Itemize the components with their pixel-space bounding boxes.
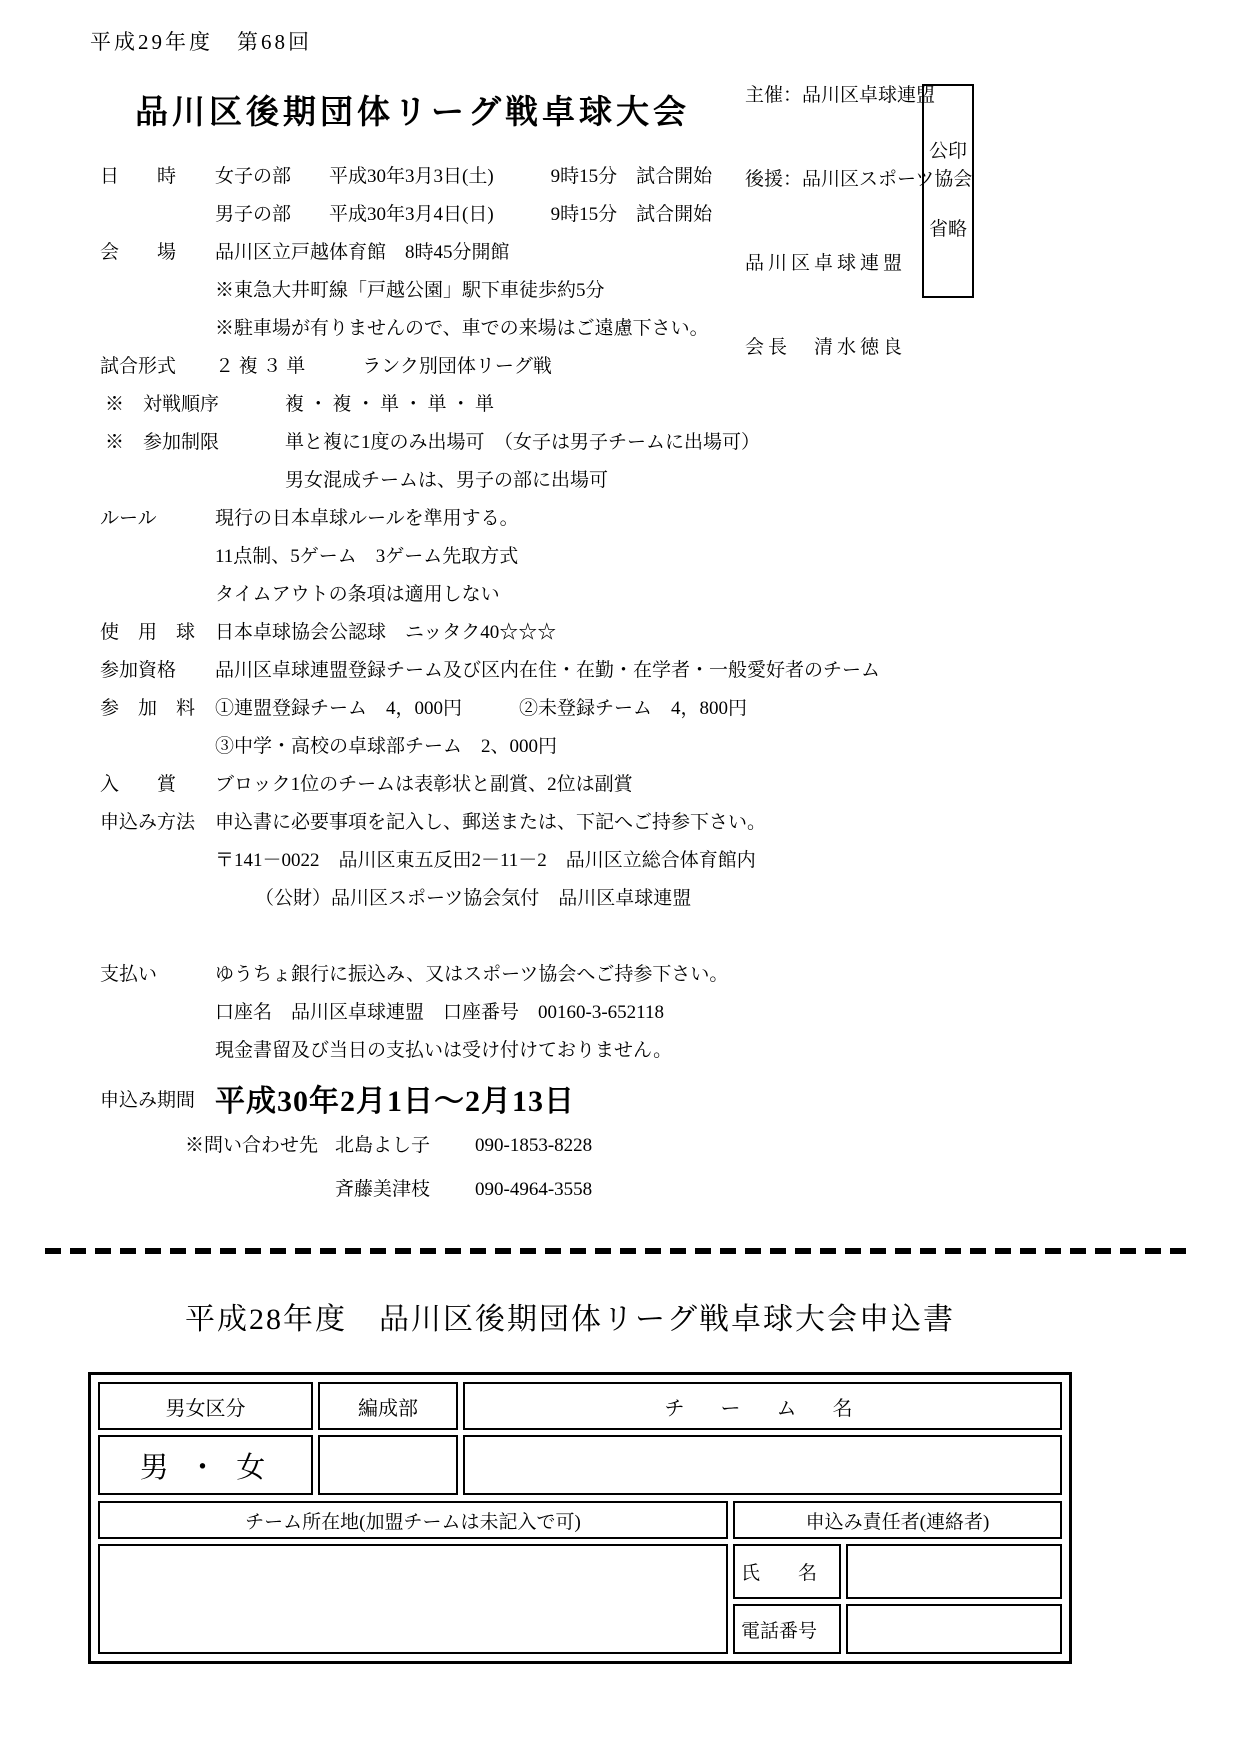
doc-line-value: ２ 複 ３ 単 ランク別団体リーグ戦 bbox=[215, 348, 552, 386]
doc-line-value: 現行の日本卓球ルールを準用する。 bbox=[215, 500, 519, 538]
doc-line: （公財）品川区スポーツ協会気付 品川区卓球連盟 bbox=[100, 880, 1210, 918]
doc-line: ※ 対戦順序複 ・ 複 ・ 単 ・ 単 ・ 単 bbox=[100, 386, 1210, 424]
applicant-phone-label: 電話番号 bbox=[733, 1604, 841, 1654]
doc-line-value: （公財）品川区スポーツ協会気付 品川区卓球連盟 bbox=[255, 880, 691, 918]
team-address-header: チーム所在地(加盟チームは未記入で可) bbox=[98, 1501, 728, 1539]
doc-line-label: 支払い bbox=[100, 956, 215, 994]
gender-choice-cell[interactable]: 男 ・ 女 bbox=[98, 1435, 313, 1495]
doc-line-label: 使 用 球 bbox=[100, 614, 215, 652]
doc-line: ※ 参加制限単と複に1度のみ出場可 （女子は男子チームに出場可） bbox=[100, 424, 1210, 462]
doc-line-value: 口座名 品川区卓球連盟 口座番号 00160-3-652118 bbox=[215, 994, 664, 1032]
applicant-phone-input-cell[interactable] bbox=[846, 1604, 1062, 1654]
application-period-value: 平成30年2月1日～2月13日 bbox=[215, 1076, 575, 1120]
blank-line bbox=[100, 918, 1210, 956]
doc-line: 支払いゆうちょ銀行に振込み、又はスポーツ協会へご持参下さい。 bbox=[100, 956, 1210, 994]
doc-line-value: 現金書留及び当日の支払いは受け付けておりません。 bbox=[215, 1032, 672, 1070]
doc-line: 使 用 球日本卓球協会公認球 ニッタク40☆☆☆ bbox=[100, 614, 1210, 652]
doc-line: 〒141－0022 品川区東五反田2－11－2 品川区立総合体育館内 bbox=[100, 842, 1210, 880]
doc-line-value: 品川区立戸越体育館 8時45分開館 bbox=[215, 234, 510, 272]
applicant-header: 申込み責任者(連絡者) bbox=[733, 1501, 1062, 1539]
contact-row: 斉藤美津枝 090-4964-3558 bbox=[100, 1168, 1210, 1212]
applicant-name-input-cell[interactable] bbox=[846, 1544, 1062, 1599]
doc-line-label: 参加資格 bbox=[100, 652, 215, 690]
doc-line: ③中学・高校の卓球部チーム 2、000円 bbox=[100, 728, 1210, 766]
doc-line-value: 男子の部 平成30年3月4日(日) 9時15分 試合開始 bbox=[215, 196, 712, 234]
contact-prefix: ※問い合わせ先 bbox=[185, 1124, 335, 1168]
doc-line-label: 参 加 料 bbox=[100, 690, 215, 728]
doc-line-label: 試合形式 bbox=[100, 348, 215, 386]
application-form-table: 男女区分 編成部 チ ー ム 名 男 ・ 女 チーム所在地(加盟チームは未記入で… bbox=[88, 1372, 1072, 1664]
doc-line-value: ※駐車場が有りませんので、車での来場はご遠慮下さい。 bbox=[215, 310, 709, 348]
document-body: 日 時女子の部 平成30年3月3日(土) 9時15分 試合開始 男子の部 平成3… bbox=[100, 158, 1210, 1212]
doc-line: タイムアウトの条項は適用しない bbox=[100, 576, 1210, 614]
doc-line-value: 品川区卓球連盟登録チーム及び区内在住・在勤・在学者・一般愛好者のチーム bbox=[215, 652, 880, 690]
doc-line-value: ブロック1位のチームは表彰状と副賞、2位は副賞 bbox=[215, 766, 633, 804]
application-form-title: 平成28年度 品川区後期団体リーグ戦卓球大会申込書 bbox=[20, 1294, 1120, 1338]
doc-line: 口座名 品川区卓球連盟 口座番号 00160-3-652118 bbox=[100, 994, 1210, 1032]
doc-line: 試合形式２ 複 ３ 単 ランク別団体リーグ戦 bbox=[100, 348, 1210, 386]
application-period-label: 申込み期間 bbox=[100, 1085, 215, 1112]
doc-line: ※駐車場が有りませんので、車での来場はご遠慮下さい。 bbox=[100, 310, 1210, 348]
team-name-input-cell[interactable] bbox=[463, 1435, 1062, 1495]
doc-line: ルール現行の日本卓球ルールを準用する。 bbox=[100, 500, 1210, 538]
contact-row: ※問い合わせ先 北島よし子 090-1853-8228 bbox=[100, 1124, 1210, 1168]
application-period-row: 申込み期間 平成30年2月1日～2月13日 bbox=[100, 1072, 1210, 1124]
contact-name: 北島よし子 bbox=[335, 1124, 475, 1168]
doc-line-label: 日 時 bbox=[100, 158, 215, 196]
form-lower-table: チーム所在地(加盟チームは未記入で可) 申込み責任者(連絡者) 氏 名 電話番号 bbox=[93, 1496, 1067, 1659]
contact-phone: 090-4964-3558 bbox=[475, 1168, 592, 1212]
doc-line-value: 日本卓球協会公認球 ニッタク40☆☆☆ bbox=[215, 614, 556, 652]
doc-line: 会 場品川区立戸越体育館 8時45分開館 bbox=[100, 234, 1210, 272]
contact-prefix-empty bbox=[185, 1168, 335, 1212]
doc-line-value: 男女混成チームは、男子の部に出場可 bbox=[285, 462, 608, 500]
doc-line-value: 〒141－0022 品川区東五反田2－11－2 品川区立総合体育館内 bbox=[215, 842, 756, 880]
doc-line-value: 申込書に必要事項を記入し、郵送または、下記へご持参下さい。 bbox=[215, 804, 766, 842]
doc-line-value: ゆうちょ銀行に振込み、又はスポーツ協会へご持参下さい。 bbox=[215, 956, 728, 994]
doc-line: 参加資格品川区卓球連盟登録チーム及び区内在住・在勤・在学者・一般愛好者のチーム bbox=[100, 652, 1210, 690]
doc-line-value: 複 ・ 複 ・ 単 ・ 単 ・ 単 bbox=[285, 386, 494, 424]
applicant-name-label: 氏 名 bbox=[733, 1544, 841, 1599]
gender-category-header: 男女区分 bbox=[98, 1382, 313, 1430]
contact-phone: 090-1853-8228 bbox=[475, 1124, 592, 1168]
doc-line: 11点制、5ゲーム 3ゲーム先取方式 bbox=[100, 538, 1210, 576]
doc-line-label: ルール bbox=[100, 500, 215, 538]
doc-line-label: 会 場 bbox=[100, 234, 215, 272]
document-title: 品川区後期団体リーグ戦卓球大会 bbox=[135, 86, 690, 133]
doc-line-label: ※ 参加制限 bbox=[100, 424, 285, 462]
document-page: 平成29年度 第68回 品川区後期団体リーグ戦卓球大会 主催：品川区卓球連盟 後… bbox=[0, 0, 1240, 1754]
doc-line: 日 時女子の部 平成30年3月3日(土) 9時15分 試合開始 bbox=[100, 158, 1210, 196]
doc-line-value: 11点制、5ゲーム 3ゲーム先取方式 bbox=[215, 538, 518, 576]
form-upper-table: 男女区分 編成部 チ ー ム 名 男 ・ 女 bbox=[93, 1377, 1067, 1500]
era-edition-line: 平成29年度 第68回 bbox=[90, 26, 312, 56]
team-name-header: チ ー ム 名 bbox=[463, 1382, 1062, 1430]
doc-line: 現金書留及び当日の支払いは受け付けておりません。 bbox=[100, 1032, 1210, 1070]
contact-name: 斉藤美津枝 bbox=[335, 1168, 475, 1212]
doc-line-value: 女子の部 平成30年3月3日(土) 9時15分 試合開始 bbox=[215, 158, 712, 196]
doc-line: ※東急大井町線「戸越公園」駅下車徒歩約5分 bbox=[100, 272, 1210, 310]
doc-line-label: ※ 対戦順序 bbox=[100, 386, 285, 424]
doc-line-label: 申込み方法 bbox=[100, 804, 215, 842]
doc-line: 入 賞ブロック1位のチームは表彰状と副賞、2位は副賞 bbox=[100, 766, 1210, 804]
doc-line: 男女混成チームは、男子の部に出場可 bbox=[100, 462, 1210, 500]
doc-line: 男子の部 平成30年3月4日(日) 9時15分 試合開始 bbox=[100, 196, 1210, 234]
doc-line-value: ※東急大井町線「戸越公園」駅下車徒歩約5分 bbox=[215, 272, 605, 310]
dashed-cut-line bbox=[45, 1248, 1195, 1254]
division-header: 編成部 bbox=[318, 1382, 458, 1430]
doc-line-value: ①連盟登録チーム 4，000円 ②未登録チーム 4，800円 bbox=[215, 690, 747, 728]
doc-line-label: 入 賞 bbox=[100, 766, 215, 804]
doc-line: 申込み方法申込書に必要事項を記入し、郵送または、下記へご持参下さい。 bbox=[100, 804, 1210, 842]
team-address-input-cell[interactable] bbox=[98, 1544, 728, 1654]
doc-line-value: タイムアウトの条項は適用しない bbox=[215, 576, 500, 614]
division-input-cell[interactable] bbox=[318, 1435, 458, 1495]
doc-line-value: ③中学・高校の卓球部チーム 2、000円 bbox=[215, 728, 557, 766]
doc-line: 参 加 料①連盟登録チーム 4，000円 ②未登録チーム 4，800円 bbox=[100, 690, 1210, 728]
doc-line-value: 単と複に1度のみ出場可 （女子は男子チームに出場可） bbox=[285, 424, 760, 462]
